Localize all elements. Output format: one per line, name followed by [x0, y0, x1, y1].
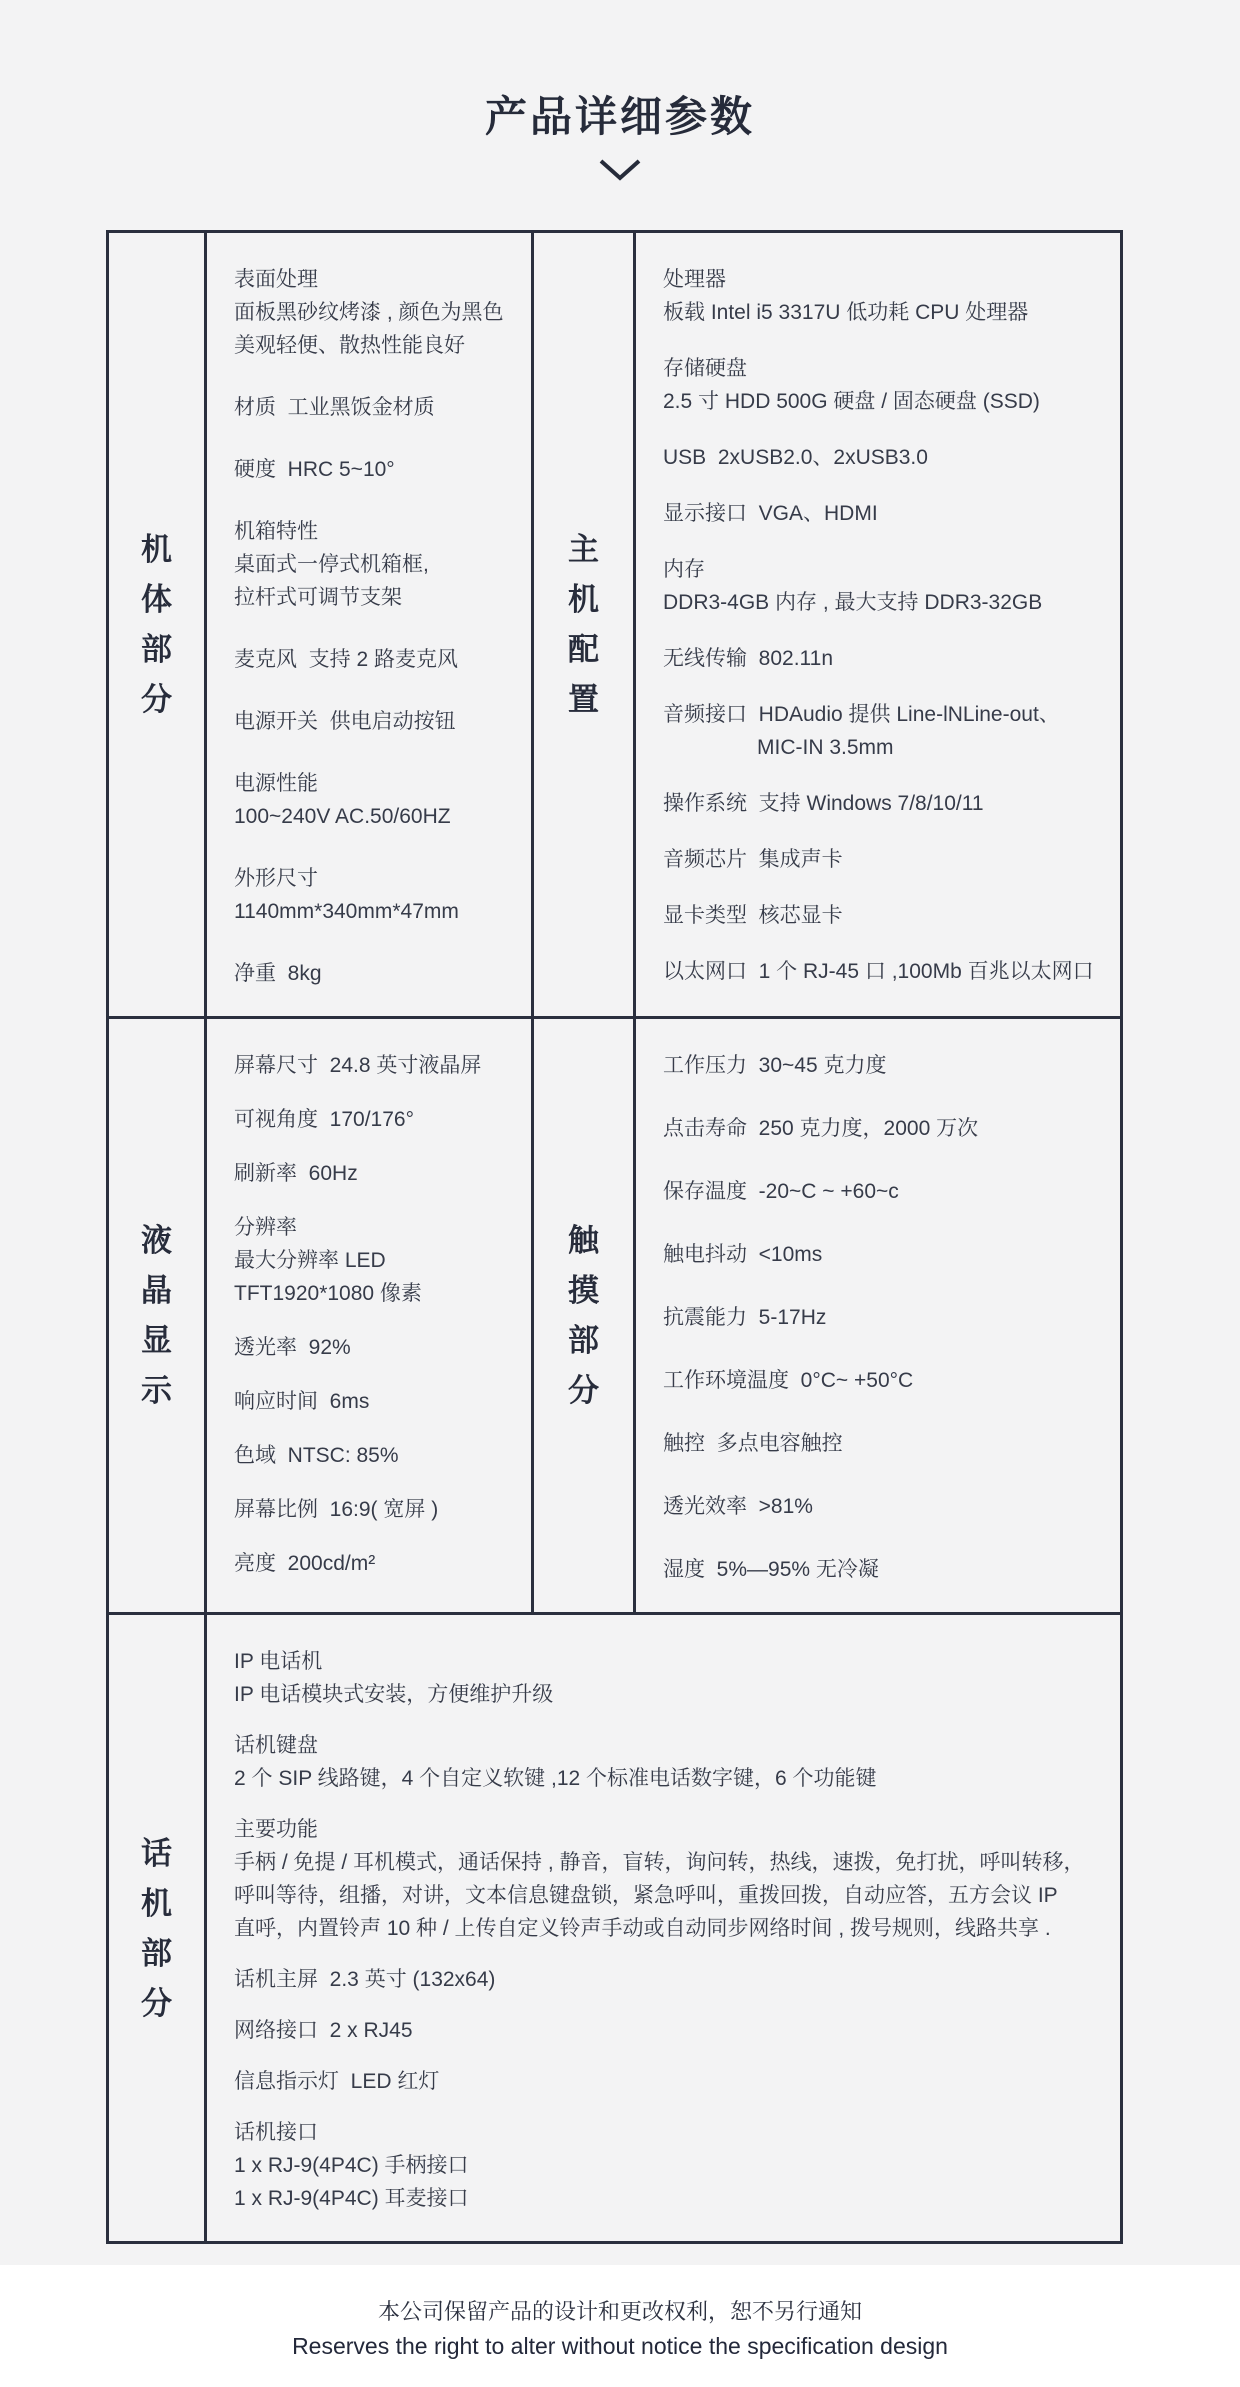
spec-line: 色域 NTSC: 85%	[234, 1439, 517, 1472]
spec-line: 亮度 200cd/m²	[234, 1547, 517, 1580]
spec-line: 机箱特性	[234, 515, 517, 548]
spec-line: 内存	[663, 553, 1106, 586]
footer-note-zh: 本公司保留产品的设计和更改权利，恕不另行通知	[0, 2295, 1240, 2329]
spec-line: 可视角度 170/176°	[234, 1103, 517, 1136]
spec-line: 话机接口	[234, 2116, 1106, 2149]
spec-item: 分辨率最大分辨率 LEDTFT1920*1080 像素	[234, 1211, 517, 1310]
spec-line: 透光率 92%	[234, 1331, 517, 1364]
spec-line: 1 x RJ-9(4P4C) 手柄接口	[234, 2149, 1106, 2182]
spec-item: 保存温度 -20~C ~ +60~c	[663, 1175, 1106, 1208]
spec-line: 屏幕比例 16:9( 宽屏 )	[234, 1493, 517, 1526]
spec-line: 工作环境温度 0°C~ +50°C	[663, 1364, 1106, 1397]
section-label-cell: 触摸部分	[534, 1019, 636, 1612]
spec-item: 电源开关 供电启动按钮	[234, 705, 517, 738]
spec-line: 100~240V AC.50/60HZ	[234, 800, 517, 833]
section-label-char: 话	[141, 1838, 172, 1869]
spec-line: 响应时间 6ms	[234, 1385, 517, 1418]
spec-line: 音频接口 HDAudio 提供 Line-lNLine-out、	[663, 698, 1106, 731]
spec-item: 处理器板载 Intel i5 3317U 低功耗 CPU 处理器	[663, 263, 1106, 329]
spec-line: 表面处理	[234, 263, 517, 296]
spec-item: 透光效率 >81%	[663, 1490, 1106, 1523]
section-label-char: 分	[568, 1375, 599, 1406]
spec-item: 显卡类型 核芯显卡	[663, 899, 1106, 932]
spec-line: 电源性能	[234, 767, 517, 800]
spec-item: 硬度 HRC 5~10°	[234, 453, 517, 486]
spec-line: 拉杆式可调节支架	[234, 581, 517, 614]
chevron-down-icon	[598, 158, 642, 182]
spec-line: 净重 8kg	[234, 957, 517, 990]
spec-line: 显示接口 VGA、HDMI	[663, 497, 1106, 530]
spec-line: 点击寿命 250 克力度，2000 万次	[663, 1112, 1106, 1145]
spec-line: MIC-IN 3.5mm	[663, 731, 1106, 764]
section-label-char: 机	[568, 584, 599, 615]
chevron-wrap	[0, 158, 1240, 182]
section-label-char: 显	[141, 1325, 172, 1356]
footer-note-en: Reserves the right to alter without noti…	[0, 2329, 1240, 2363]
footer: 本公司保留产品的设计和更改权利，恕不另行通知 Reserves the righ…	[0, 2265, 1240, 2387]
spec-item: 表面处理面板黑砂纹烤漆 , 颜色为黑色美观轻便、散热性能良好	[234, 263, 517, 362]
spec-item: 刷新率 60Hz	[234, 1157, 517, 1190]
spec-line: 最大分辨率 LED	[234, 1244, 517, 1277]
spec-item: 存储硬盘2.5 寸 HDD 500G 硬盘 / 固态硬盘 (SSD)	[663, 352, 1106, 418]
spec-content-cell: 屏幕尺寸 24.8 英寸液晶屏可视角度 170/176°刷新率 60Hz分辨率最…	[207, 1019, 534, 1612]
page-title: 产品详细参数	[0, 84, 1240, 144]
spec-item: 电源性能100~240V AC.50/60HZ	[234, 767, 517, 833]
section-label-char: 晶	[141, 1275, 172, 1306]
spec-item: 外形尺寸1140mm*340mm*47mm	[234, 862, 517, 928]
spec-section: 话机部分IP 电话机IP 电话模块式安装，方便维护升级话机键盘2 个 SIP 线…	[109, 1612, 1120, 2241]
spec-line: 存储硬盘	[663, 352, 1106, 385]
spec-line: 硬度 HRC 5~10°	[234, 453, 517, 486]
spec-item: 工作环境温度 0°C~ +50°C	[663, 1364, 1106, 1397]
spec-line: 无线传输 802.11n	[663, 642, 1106, 675]
vertical-section-label: 机体部分	[141, 534, 172, 715]
spec-item: 信息指示灯 LED 红灯	[234, 2065, 1106, 2098]
spec-line: 网络接口 2 x RJ45	[234, 2014, 1106, 2047]
section-label-char: 机	[141, 534, 172, 565]
section-label-char: 部	[141, 1938, 172, 1969]
section-label-char: 分	[141, 1988, 172, 2019]
vertical-section-label: 液晶显示	[141, 1225, 172, 1406]
product-spec-page: { "header": { "title": "产品详细参数" }, "icon…	[0, 0, 1240, 2387]
spec-item: 麦克风 支持 2 路麦克风	[234, 643, 517, 676]
spec-line: 呼叫等待，组播，对讲，文本信息键盘锁，紧急呼叫，重拨回拨，自动应答，五方会议 I…	[234, 1879, 1106, 1912]
section-label-char: 机	[141, 1888, 172, 1919]
section-label-char: 主	[568, 534, 599, 565]
spec-item: 话机接口1 x RJ-9(4P4C) 手柄接口1 x RJ-9(4P4C) 耳麦…	[234, 2116, 1106, 2215]
spec-line: 麦克风 支持 2 路麦克风	[234, 643, 517, 676]
spec-line: 直呼，内置铃声 10 种 / 上传自定义铃声手动或自动同步网络时间 , 拨号规则…	[234, 1912, 1106, 1945]
spec-item: 操作系统 支持 Windows 7/8/10/11	[663, 787, 1106, 820]
spec-content-cell: 工作压力 30~45 克力度点击寿命 250 克力度，2000 万次保存温度 -…	[636, 1019, 1120, 1612]
spec-line: IP 电话模块式安装，方便维护升级	[234, 1678, 1106, 1711]
spec-line: 触控 多点电容触控	[663, 1427, 1106, 1460]
spec-line: TFT1920*1080 像素	[234, 1277, 517, 1310]
spec-line: 处理器	[663, 263, 1106, 296]
section-label-char: 示	[141, 1375, 172, 1406]
spec-line: 外形尺寸	[234, 862, 517, 895]
spec-item: 抗震能力 5-17Hz	[663, 1301, 1106, 1334]
spec-item: 机箱特性桌面式一停式机箱框,拉杆式可调节支架	[234, 515, 517, 614]
spec-item: 以太网口 1 个 RJ-45 口 ,100Mb 百兆以太网口	[663, 955, 1106, 988]
spec-table: 机体部分表面处理面板黑砂纹烤漆 , 颜色为黑色美观轻便、散热性能良好材质 工业黑…	[106, 230, 1123, 2244]
spec-item: IP 电话机IP 电话模块式安装，方便维护升级	[234, 1645, 1106, 1711]
spec-line: 保存温度 -20~C ~ +60~c	[663, 1175, 1106, 1208]
spec-item: 色域 NTSC: 85%	[234, 1439, 517, 1472]
spec-line: DDR3-4GB 内存 , 最大支持 DDR3-32GB	[663, 586, 1106, 619]
spec-line: 1140mm*340mm*47mm	[234, 895, 517, 928]
spec-line: 主要功能	[234, 1813, 1106, 1846]
spec-item: 净重 8kg	[234, 957, 517, 990]
spec-item: 点击寿命 250 克力度，2000 万次	[663, 1112, 1106, 1145]
spec-line: 刷新率 60Hz	[234, 1157, 517, 1190]
spec-line: 分辨率	[234, 1211, 517, 1244]
spec-item: 响应时间 6ms	[234, 1385, 517, 1418]
section-label-cell: 话机部分	[109, 1615, 207, 2241]
spec-line: 板载 Intel i5 3317U 低功耗 CPU 处理器	[663, 296, 1106, 329]
spec-item: 工作压力 30~45 克力度	[663, 1049, 1106, 1082]
spec-item: USB 2xUSB2.0、2xUSB3.0	[663, 441, 1106, 474]
spec-item: 话机主屏 2.3 英寸 (132x64)	[234, 1963, 1106, 1996]
spec-item: 显示接口 VGA、HDMI	[663, 497, 1106, 530]
spec-line: 抗震能力 5-17Hz	[663, 1301, 1106, 1334]
section-label-char: 置	[568, 684, 599, 715]
spec-line: 手柄 / 免提 / 耳机模式，通话保持 , 静音，盲转，询问转，热线，速拨，免打…	[234, 1846, 1106, 1879]
spec-line: 1 x RJ-9(4P4C) 耳麦接口	[234, 2182, 1106, 2215]
section-label-char: 摸	[568, 1275, 599, 1306]
spec-content-cell: IP 电话机IP 电话模块式安装，方便维护升级话机键盘2 个 SIP 线路键，4…	[207, 1615, 1120, 2241]
section-label-char: 部	[568, 1325, 599, 1356]
spec-line: 桌面式一停式机箱框,	[234, 548, 517, 581]
spec-line: 2 个 SIP 线路键，4 个自定义软键 ,12 个标准电话数字键，6 个功能键	[234, 1762, 1106, 1795]
spec-line: 音频芯片 集成声卡	[663, 843, 1106, 876]
spec-line: 信息指示灯 LED 红灯	[234, 2065, 1106, 2098]
spec-item: 亮度 200cd/m²	[234, 1547, 517, 1580]
vertical-section-label: 话机部分	[141, 1838, 172, 2019]
spec-line: 材质 工业黑饭金材质	[234, 391, 517, 424]
spec-item: 屏幕比例 16:9( 宽屏 )	[234, 1493, 517, 1526]
section-label-char: 触	[568, 1225, 599, 1256]
spec-section: 液晶显示屏幕尺寸 24.8 英寸液晶屏可视角度 170/176°刷新率 60Hz…	[109, 1016, 1120, 1612]
section-label-char: 部	[141, 634, 172, 665]
vertical-section-label: 触摸部分	[568, 1225, 599, 1406]
spec-item: 触控 多点电容触控	[663, 1427, 1106, 1460]
spec-item: 触电抖动 <10ms	[663, 1238, 1106, 1271]
spec-content-cell: 表面处理面板黑砂纹烤漆 , 颜色为黑色美观轻便、散热性能良好材质 工业黑饭金材质…	[207, 233, 534, 1016]
spec-line: USB 2xUSB2.0、2xUSB3.0	[663, 441, 1106, 474]
spec-line: 面板黑砂纹烤漆 , 颜色为黑色	[234, 296, 517, 329]
spec-line: 湿度 5%—95% 无冷凝	[663, 1553, 1106, 1586]
spec-line: 话机主屏 2.3 英寸 (132x64)	[234, 1963, 1106, 1996]
spec-item: 话机键盘2 个 SIP 线路键，4 个自定义软键 ,12 个标准电话数字键，6 …	[234, 1729, 1106, 1795]
spec-line: 显卡类型 核芯显卡	[663, 899, 1106, 932]
spec-line: 电源开关 供电启动按钮	[234, 705, 517, 738]
section-label-char: 液	[141, 1225, 172, 1256]
section-label-cell: 机体部分	[109, 233, 207, 1016]
spec-item: 音频芯片 集成声卡	[663, 843, 1106, 876]
spec-line: 以太网口 1 个 RJ-45 口 ,100Mb 百兆以太网口	[663, 955, 1106, 988]
spec-line: 话机键盘	[234, 1729, 1106, 1762]
spec-section: 机体部分表面处理面板黑砂纹烤漆 , 颜色为黑色美观轻便、散热性能良好材质 工业黑…	[109, 233, 1120, 1016]
section-label-cell: 主机配置	[534, 233, 636, 1016]
spec-line: 工作压力 30~45 克力度	[663, 1049, 1106, 1082]
vertical-section-label: 主机配置	[568, 534, 599, 715]
spec-item: 透光率 92%	[234, 1331, 517, 1364]
spec-item: 湿度 5%—95% 无冷凝	[663, 1553, 1106, 1586]
spec-item: 无线传输 802.11n	[663, 642, 1106, 675]
spec-line: 操作系统 支持 Windows 7/8/10/11	[663, 787, 1106, 820]
spec-line: IP 电话机	[234, 1645, 1106, 1678]
spec-item: 内存DDR3-4GB 内存 , 最大支持 DDR3-32GB	[663, 553, 1106, 619]
spec-line: 2.5 寸 HDD 500G 硬盘 / 固态硬盘 (SSD)	[663, 385, 1106, 418]
spec-item: 音频接口 HDAudio 提供 Line-lNLine-out、MIC-IN 3…	[663, 698, 1106, 764]
spec-line: 美观轻便、散热性能良好	[234, 329, 517, 362]
spec-item: 主要功能手柄 / 免提 / 耳机模式，通话保持 , 静音，盲转，询问转，热线，速…	[234, 1813, 1106, 1945]
section-label-char: 体	[141, 584, 172, 615]
spec-content-cell: 处理器板载 Intel i5 3317U 低功耗 CPU 处理器存储硬盘2.5 …	[636, 233, 1120, 1016]
section-label-char: 配	[568, 634, 599, 665]
spec-item: 可视角度 170/176°	[234, 1103, 517, 1136]
spec-line: 透光效率 >81%	[663, 1490, 1106, 1523]
spec-line: 屏幕尺寸 24.8 英寸液晶屏	[234, 1049, 517, 1082]
section-label-cell: 液晶显示	[109, 1019, 207, 1612]
spec-line: 触电抖动 <10ms	[663, 1238, 1106, 1271]
spec-item: 屏幕尺寸 24.8 英寸液晶屏	[234, 1049, 517, 1082]
spec-item: 材质 工业黑饭金材质	[234, 391, 517, 424]
section-label-char: 分	[141, 684, 172, 715]
spec-item: 网络接口 2 x RJ45	[234, 2014, 1106, 2047]
